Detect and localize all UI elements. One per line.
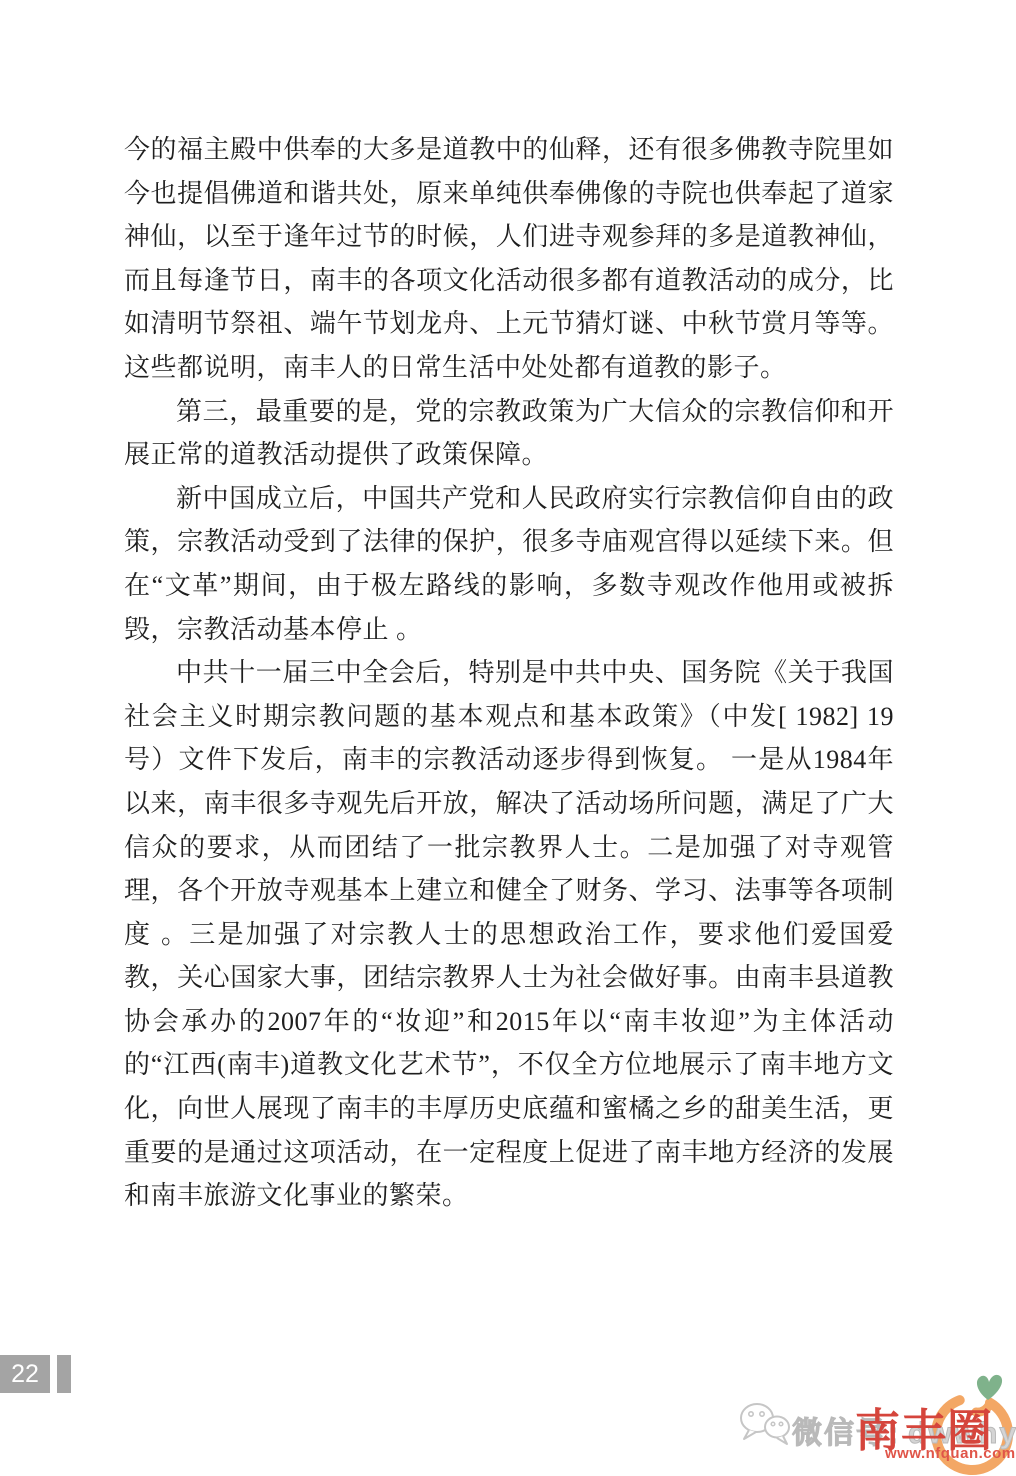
page-badge-divider (57, 1355, 71, 1393)
brand-url: www.nfquan.com (885, 1445, 1016, 1462)
page-number: 22 (11, 1360, 39, 1389)
paragraph: 第三，最重要的是，党的宗教政策为广大信众的宗教信仰和开展正常的道教活动提供了政策… (124, 390, 894, 477)
body-text: 今的福主殿中供奉的大多是道教中的仙释，还有很多佛教寺院里如今也提倡佛道和谐共处，… (124, 128, 894, 1218)
page-number-badge: 22 (0, 1355, 50, 1393)
paragraph: 中共十一届三中全会后，特别是中共中央、国务院《关于我国社会主义时期宗教问题的基本… (124, 651, 894, 1218)
paragraph: 新中国成立后，中国共产党和人民政府实行宗教信仰自由的政策，宗教活动受到了法律的保… (124, 477, 894, 651)
wechat-icon (738, 1399, 792, 1449)
document-page: 今的福主殿中供奉的大多是道教中的仙释，还有很多佛教寺院里如今也提倡佛道和谐共处，… (0, 0, 1016, 1476)
paragraph: 今的福主殿中供奉的大多是道教中的仙释，还有很多佛教寺院里如今也提倡佛道和谐共处，… (124, 128, 894, 390)
